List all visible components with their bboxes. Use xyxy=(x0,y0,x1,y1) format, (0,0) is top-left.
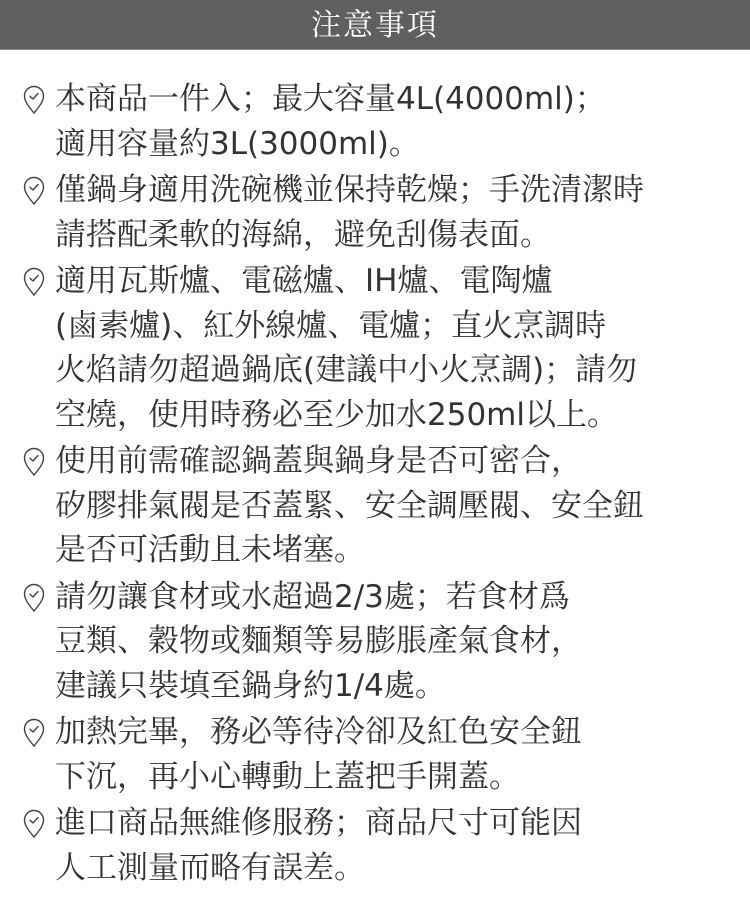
note-text-line: (鹵素爐)、紅外線爐、電爐；直火烹調時 xyxy=(55,304,730,349)
note-text-line: 使用前需確認鍋蓋與鍋身是否可密合， xyxy=(55,439,730,484)
map-pin-check-icon xyxy=(22,809,46,839)
map-pin-check-icon xyxy=(22,176,46,206)
note-text-line: 請搭配柔軟的海綿，避免刮傷表面。 xyxy=(55,213,730,258)
notes-list: 本商品一件入；最大容量4L(4000ml)； 適用容量約3L(3000ml)。 … xyxy=(0,77,750,892)
note-text-line: 僅鍋身適用洗碗機並保持乾燥；手洗清潔時 xyxy=(55,168,730,213)
note-text-line: 矽膠排氣閥是否蓋緊、安全調壓閥、安全鈕 xyxy=(55,484,730,529)
note-item: 使用前需確認鍋蓋與鍋身是否可密合， 矽膠排氣閥是否蓋緊、安全調壓閥、安全鈕 是否… xyxy=(0,439,750,573)
note-text-line: 本商品一件入；最大容量4L(4000ml)； xyxy=(55,77,730,122)
note-text-line: 適用容量約3L(3000ml)。 xyxy=(55,122,730,167)
map-pin-check-icon xyxy=(22,447,46,477)
note-item: 本商品一件入；最大容量4L(4000ml)； 適用容量約3L(3000ml)。 xyxy=(0,77,750,166)
note-text-line: 人工測量而略有誤差。 xyxy=(55,846,730,891)
note-item: 僅鍋身適用洗碗機並保持乾燥；手洗清潔時 請搭配柔軟的海綿，避免刮傷表面。 xyxy=(0,168,750,257)
map-pin-check-icon xyxy=(22,718,46,748)
note-item: 請勿讓食材或水超過2/3處；若食材爲 豆類、穀物或麵類等易膨脹產氣食材， 建議只… xyxy=(0,575,750,709)
note-text-line: 適用瓦斯爐、電磁爐、IH爐、電陶爐 xyxy=(55,259,730,304)
map-pin-check-icon xyxy=(22,85,46,115)
note-text-line: 建議只裝填至鍋身約1/4處。 xyxy=(55,664,730,709)
note-text-line: 進口商品無維修服務；商品尺寸可能因 xyxy=(55,801,730,846)
note-text-line: 下沉，再小心轉動上蓋把手開蓋。 xyxy=(55,755,730,800)
note-text-line: 火焰請勿超過鍋底(建議中小火烹調)；請勿 xyxy=(55,348,730,393)
note-text-line: 是否可活動且未堵塞。 xyxy=(55,528,730,573)
header-bar: 注意事項 xyxy=(0,0,750,50)
note-item: 適用瓦斯爐、電磁爐、IH爐、電陶爐 (鹵素爐)、紅外線爐、電爐；直火烹調時 火焰… xyxy=(0,259,750,437)
note-item: 進口商品無維修服務；商品尺寸可能因 人工測量而略有誤差。 xyxy=(0,801,750,890)
note-text-line: 空燒，使用時務必至少加水250ml以上。 xyxy=(55,393,730,438)
note-text-line: 豆類、穀物或麵類等易膨脹產氣食材， xyxy=(55,619,730,664)
page-title: 注意事項 xyxy=(311,11,439,41)
note-item: 加熱完畢，務必等待冷卻及紅色安全鈕 下沉，再小心轉動上蓋把手開蓋。 xyxy=(0,710,750,799)
map-pin-check-icon xyxy=(22,267,46,297)
note-text-line: 加熱完畢，務必等待冷卻及紅色安全鈕 xyxy=(55,710,730,755)
map-pin-check-icon xyxy=(22,583,46,613)
note-text-line: 請勿讓食材或水超過2/3處；若食材爲 xyxy=(55,575,730,620)
